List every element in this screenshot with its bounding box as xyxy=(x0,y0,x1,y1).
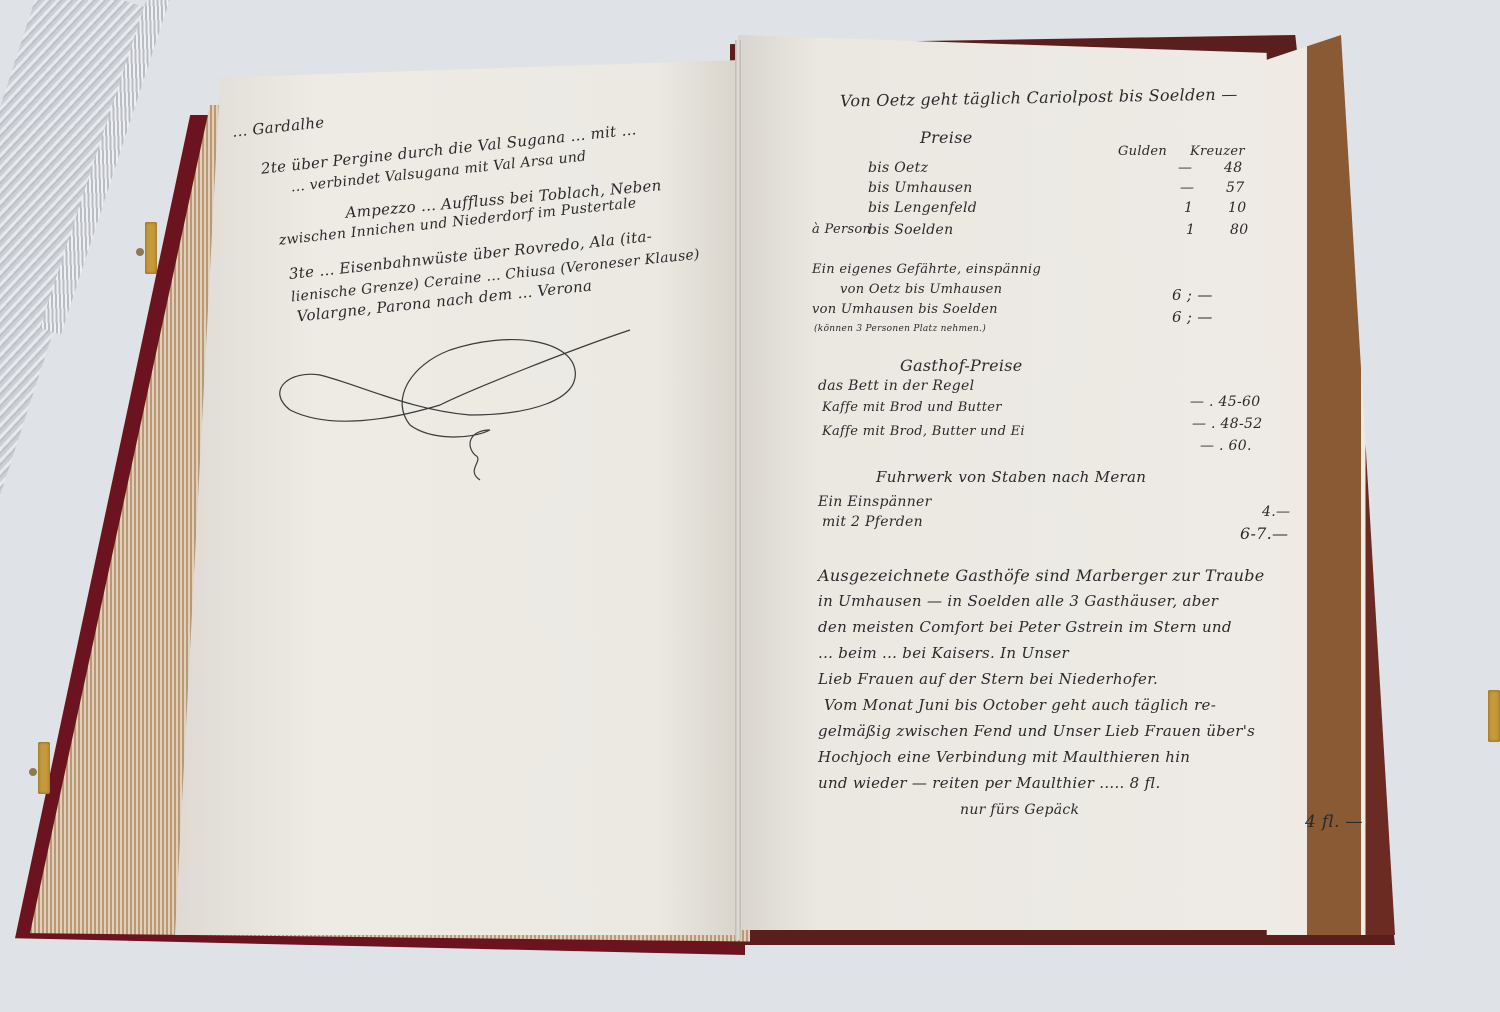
fare-gulden: 1 xyxy=(1184,200,1193,216)
fare-label: bis Soelden xyxy=(868,222,953,238)
inn-price: — . 45-60 xyxy=(1190,394,1260,410)
private-note: (können 3 Personen Platz nehmen.) xyxy=(814,324,986,334)
carriage-label: mit 2 Pferden xyxy=(822,514,923,530)
paragraph-line: den meisten Comfort bei Peter Gstrein im… xyxy=(818,618,1232,636)
inn-price: — . 60. xyxy=(1200,438,1252,454)
paragraph-line: und wieder — reiten per Maulthier ..... … xyxy=(818,774,1161,792)
fare-kreuzer: 57 xyxy=(1226,180,1244,196)
fare-kreuzer: 10 xyxy=(1228,200,1246,216)
fare-label: bis Umhausen xyxy=(868,180,973,196)
last-price: 4 fl. — xyxy=(1305,812,1363,832)
private-price: 6 ; — xyxy=(1172,308,1213,326)
private-label: von Umhausen bis Soelden xyxy=(812,302,998,317)
carriage-price: 4.— xyxy=(1262,504,1290,520)
carriage-label: Ein Einspänner xyxy=(818,494,932,510)
fare-label: bis Lengenfeld xyxy=(868,200,977,216)
brass-clasp-icon xyxy=(145,222,157,274)
paragraph-line: Vom Monat Juni bis October geht auch täg… xyxy=(824,696,1216,714)
private-label: von Oetz bis Umhausen xyxy=(840,282,1002,297)
prices-heading: Preise xyxy=(920,128,972,147)
inn-label: Kaffe mit Brod und Butter xyxy=(822,400,1002,415)
brass-clasp-icon xyxy=(1488,690,1500,742)
private-heading: Ein eigenes Gefährte, einspännig xyxy=(812,262,1041,277)
brass-clasp-icon xyxy=(38,742,50,794)
paragraph-line: Ausgezeichnete Gasthöfe sind Marberger z… xyxy=(818,566,1265,585)
fare-gulden: — xyxy=(1178,160,1192,176)
inn-label: das Bett in der Regel xyxy=(818,378,974,394)
col-header-gulden: Gulden xyxy=(1118,144,1167,159)
fare-gulden: 1 xyxy=(1186,222,1195,238)
fare-label: bis Oetz xyxy=(868,160,928,176)
fare-gulden: — xyxy=(1180,180,1194,196)
paragraph-line: ... beim ... bei Kaisers. In Unser xyxy=(818,644,1069,662)
fare-kreuzer: 48 xyxy=(1224,160,1242,176)
paragraph-line: Hochjoch eine Verbindung mit Maulthieren… xyxy=(818,748,1190,766)
col-header-kreuzer: Kreuzer xyxy=(1190,144,1245,159)
private-price: 6 ; — xyxy=(1172,286,1213,304)
carriage-price: 6-7.— xyxy=(1240,524,1288,543)
fare-kreuzer: 80 xyxy=(1230,222,1248,238)
paragraph-line: Lieb Frauen auf der Stern bei Niederhofe… xyxy=(818,670,1158,688)
per-person: à Person xyxy=(812,222,871,237)
inn-label: Kaffe mit Brod, Butter und Ei xyxy=(822,424,1025,439)
pen-flourish-icon xyxy=(270,310,650,500)
carriage-heading: Fuhrwerk von Staben nach Meran xyxy=(876,468,1146,486)
book-gutter xyxy=(735,40,741,940)
inn-price: — . 48-52 xyxy=(1192,416,1262,432)
inn-heading: Gasthof-Preise xyxy=(900,356,1023,375)
paragraph-line: gelmäßig zwischen Fend und Unser Lieb Fr… xyxy=(818,722,1255,740)
last-line: nur fürs Gepäck xyxy=(960,802,1079,818)
paragraph-line: in Umhausen — in Soelden alle 3 Gasthäus… xyxy=(818,592,1218,610)
